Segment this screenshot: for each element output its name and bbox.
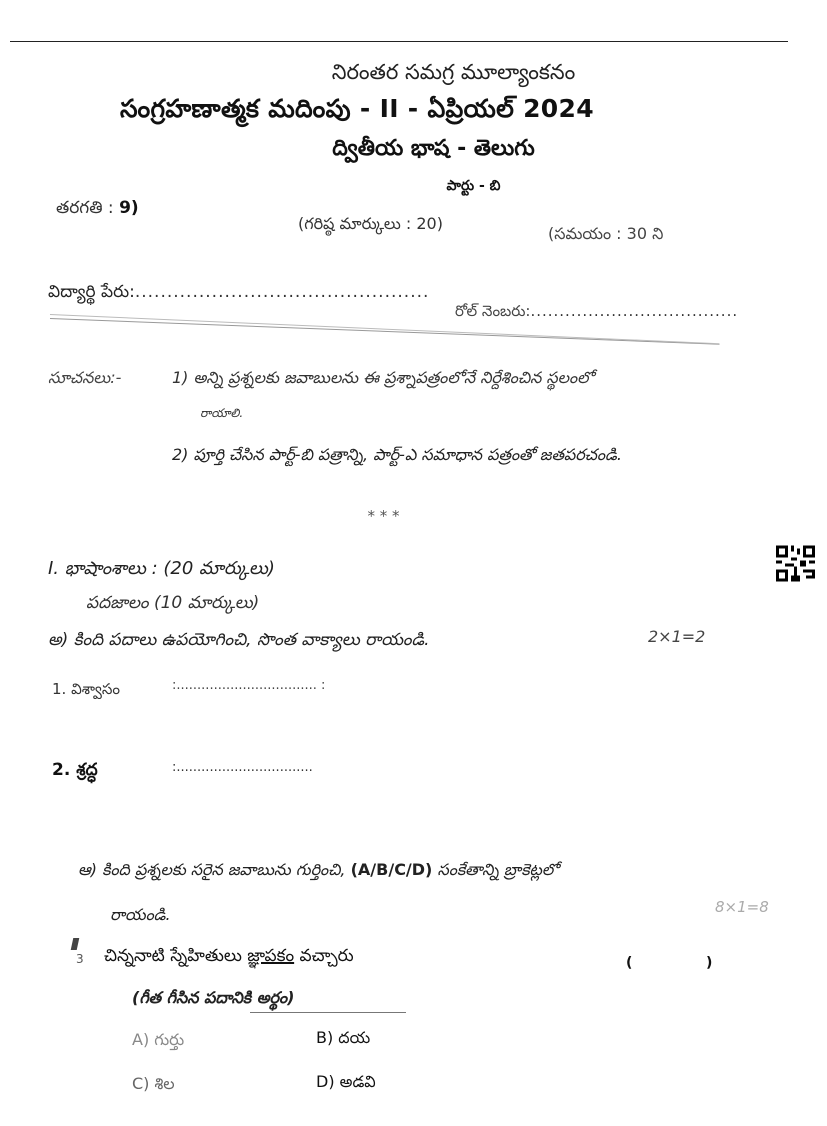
question-2: 2. శ్రద్ధ <box>52 760 98 784</box>
max-marks: (గరిష్ఠ మార్కులు : 20) <box>298 214 443 237</box>
qr-code-icon <box>776 545 815 582</box>
roll-number-field[interactable]: రోల్ నెంబరు:............................… <box>455 302 738 324</box>
question-a-instruction: అ) కింది పదాలు ఉపయోగించి, సొంత వాక్యాలు … <box>48 630 430 654</box>
instructions-label: సూచనలు:- <box>48 368 121 391</box>
roll-number-blank[interactable]: .................................... <box>530 302 738 320</box>
question-b-text: ఆ) కింది ప్రశ్నలకు సరైన జవాబును గుర్తించ… <box>78 860 346 879</box>
exam-series-title: నిరంతర సమగ్ర మూల్యాంకనం <box>40 60 827 90</box>
question-1-answer-blank[interactable]: :.................................. : <box>172 678 325 693</box>
vocabulary-subtitle: పదజాలం (10 మార్కులు) <box>86 593 259 617</box>
class-label: తరగతి : <box>56 198 114 218</box>
question-b-marks: 8×1=8 <box>715 898 769 916</box>
option-a[interactable]: A) గుర్తు <box>132 1030 184 1053</box>
question-1-number: 1. <box>52 680 66 698</box>
instruction-1-continued: రాయాలి. <box>200 406 243 423</box>
question-3-hint: (గీత గీసిన పదానికి అర్థం) <box>132 988 294 1011</box>
section-separator: * * * <box>0 507 797 525</box>
answer-bracket-open[interactable]: ( <box>626 955 632 971</box>
instruction-2: 2) పూర్తి చేసిన పార్ట్-బి పత్రాన్ని, పార… <box>172 445 622 468</box>
question-1: 1. విశ్వాసం <box>52 680 120 702</box>
top-rule <box>10 41 788 42</box>
question-a-marks: 2×1=2 <box>648 627 705 646</box>
scan-artifact-line <box>250 1012 406 1013</box>
question-3-text: చిన్ననాటి స్నేహితులు జ్ఞాపకం వచ్చారు <box>104 946 354 970</box>
part-label: పార్టు - బి <box>60 178 827 197</box>
question-3-text-start: చిన్ననాటి స్నేహితులు <box>104 946 247 966</box>
student-name-field[interactable]: విద్యార్థి పేరు:........................… <box>48 282 429 306</box>
question-b-instruction: ఆ) కింది ప్రశ్నలకు సరైన జవాబును గుర్తించ… <box>78 860 558 883</box>
class-value: 9) <box>119 198 139 218</box>
instruction-1: 1) అన్ని ప్రశ్నలకు జవాబులను ఈ ప్రశ్నాపత్… <box>172 368 594 391</box>
roll-number-label: రోల్ నెంబరు: <box>455 302 530 320</box>
option-c[interactable]: C) శిల <box>132 1074 175 1097</box>
answer-bracket-close[interactable]: ) <box>706 955 712 971</box>
scan-mark <box>71 938 80 950</box>
underlined-word: జ్ఞాపకం <box>247 946 294 966</box>
question-b-continued: రాయండి. <box>110 905 171 928</box>
question-3-text-end: వచ్చారు <box>294 946 353 966</box>
question-b-text-rest: సంకేతాన్ని బ్రాకెట్లలో <box>437 860 558 879</box>
class-info: తరగతి : 9) <box>56 198 139 222</box>
section-1-title: I. భాషాంశాలు : (20 మార్కులు) <box>48 558 275 583</box>
student-name-label: విద్యార్థి పేరు: <box>48 282 135 302</box>
time-allowed: (సమయం : 30 ని <box>548 224 663 247</box>
option-d[interactable]: D) అడవి <box>316 1072 376 1095</box>
option-b[interactable]: B) దయ <box>316 1028 370 1051</box>
answer-codes: (A/B/C/D) <box>351 860 433 879</box>
question-1-word: విశ్వాసం <box>71 680 120 698</box>
question-2-number: 2. <box>52 760 70 780</box>
exam-title: సంగ్రహణాత్మక మదింపు - II - ఏప్రియల్ 2024 <box>120 94 594 130</box>
question-2-answer-blank[interactable]: :................................. <box>172 760 313 775</box>
question-2-word: శ్రద్ధ <box>76 760 97 780</box>
question-3-number: 3 <box>76 952 84 966</box>
subject-title: ద్వితీయ భాష - తెలుగు <box>20 136 827 166</box>
student-name-blank[interactable]: ........................................… <box>135 282 430 302</box>
